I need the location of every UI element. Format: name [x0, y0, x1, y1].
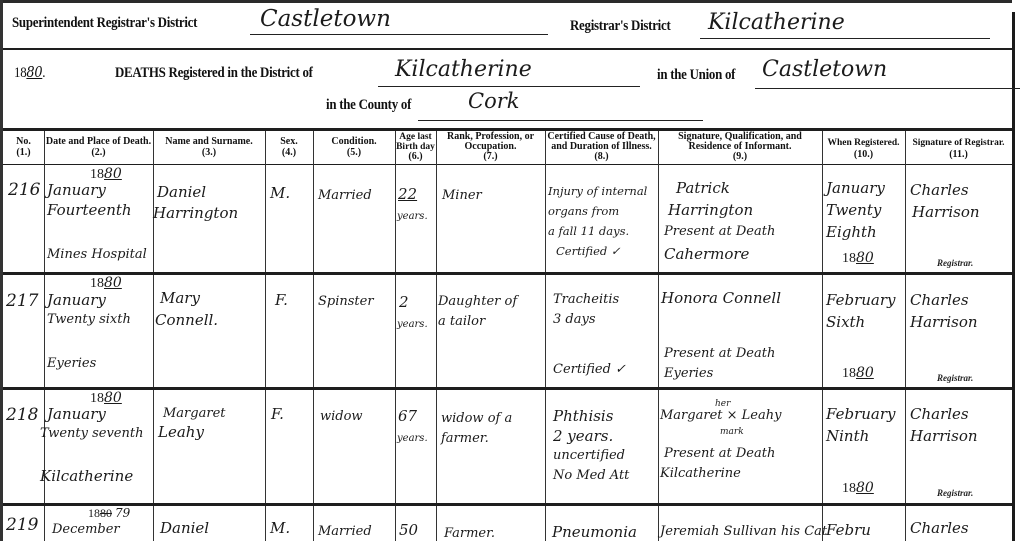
top-rule: [0, 0, 1012, 3]
union-label: in the Union of: [657, 67, 735, 84]
page-right-border: [1012, 12, 1015, 541]
superintendent-underline: [250, 34, 548, 35]
union-underline: [755, 88, 1020, 89]
sex: F.: [275, 290, 288, 311]
informant-name: Jeremiah Sullivan his Cat: [660, 522, 827, 541]
deceased-first-name: Mary: [160, 288, 200, 309]
sex: M.: [270, 183, 290, 204]
registrar-label: Registrar.: [937, 373, 973, 383]
cause-line-3: a fall 11 days.: [548, 222, 629, 241]
registrar-surname: Harrison: [912, 202, 980, 223]
cause-certified: Certified ✓: [553, 360, 626, 379]
col-header-no: No.(1.): [3, 136, 44, 158]
registered-day-2: Eighth: [826, 222, 877, 243]
occupation-line-1: widow of a: [441, 409, 512, 428]
col-header-date-place: Date and Place of Death.(2.): [44, 136, 153, 158]
year-suffix: 80: [26, 63, 42, 81]
entry-number: 216: [8, 180, 40, 201]
col-header-condition: Condition.(5.): [313, 136, 395, 158]
death-year: 1880 79: [88, 506, 130, 521]
deaths-registered-label: DEATHS Registered in the District of: [115, 65, 313, 82]
header-rule-1: [3, 48, 1012, 50]
death-place: Kilcatherine: [40, 466, 133, 487]
informant-qualification: Present at Death: [664, 344, 775, 363]
column-divider: [905, 131, 906, 541]
cause-line-1: Phthisis: [553, 406, 613, 427]
sex: M.: [270, 518, 290, 539]
deceased-surname: Leahy: [158, 422, 204, 443]
entry-number: 218: [6, 405, 38, 426]
col-header-sex: Sex.(4.): [265, 136, 313, 158]
sex: F.: [271, 404, 284, 425]
deceased-first-name: Daniel: [160, 518, 209, 539]
registrar-surname: Harrison: [910, 312, 978, 333]
registrar-district-value: Kilcatherine: [708, 10, 845, 35]
column-divider: [153, 131, 154, 541]
informant-qualification: Present at Death: [664, 222, 775, 241]
col-header-cause: Certified Cause of Death, and Duration o…: [545, 132, 658, 162]
column-divider: [313, 131, 314, 541]
county-value: Cork: [468, 89, 519, 113]
cause-line-2: 2 years.: [553, 426, 613, 447]
registered-year: 1880: [842, 365, 874, 382]
condition: Married: [318, 186, 372, 205]
cause-line-2: organs from: [548, 202, 619, 221]
entry-number: 217: [6, 291, 38, 312]
register-year: 1880.: [14, 63, 45, 82]
union-value: Castletown: [762, 57, 887, 82]
registrar-first-name: Charles: [910, 290, 969, 311]
death-date-day: Fourteenth: [47, 200, 132, 221]
col-header-when-registered: When Registered.(10.): [822, 138, 905, 160]
registered-year: 1880: [842, 250, 874, 267]
registered-day-1: Twenty: [826, 200, 881, 221]
registered-day: Ninth: [826, 426, 869, 447]
deceased-first-name: Daniel: [157, 182, 206, 203]
death-date-day: Twenty seventh: [40, 424, 143, 443]
informant-mark-bottom: mark: [720, 422, 744, 443]
condition: Spinster: [318, 292, 374, 311]
column-divider: [395, 131, 396, 541]
registered-month: February: [826, 290, 896, 311]
informant-residence: Kilcatherine: [660, 464, 741, 483]
entry-number: 219: [6, 515, 38, 536]
cause-line-2: 3 days: [553, 310, 596, 329]
deceased-first-name: Margaret: [163, 404, 225, 423]
registrar-underline: [700, 38, 990, 39]
occupation: Farmer.: [444, 524, 495, 541]
registrar-label: Registrar.: [937, 488, 973, 498]
cause-line-4: No Med Att: [553, 466, 629, 485]
death-date-month: January: [47, 404, 106, 425]
informant-line-2: Harrington: [668, 200, 753, 221]
column-divider: [436, 131, 437, 541]
death-register-page: Superintendent Registrar's District Cast…: [0, 0, 1024, 541]
row-separator: [3, 387, 1012, 390]
occupation: Miner: [442, 186, 482, 205]
informant-residence: Cahermore: [664, 244, 749, 265]
registrar-first-name: Charles: [910, 404, 969, 425]
col-header-registrar-signature: Signature of Registrar.(11.): [905, 138, 1012, 160]
informant-name: Honora Connell: [661, 288, 781, 309]
registered-month: January: [826, 178, 885, 199]
age: 22: [398, 184, 417, 205]
district-underline: [378, 86, 640, 87]
cause-line-1: Tracheitis: [553, 290, 619, 309]
page-left-edge: [0, 0, 3, 541]
registered-month: February: [826, 404, 896, 425]
age-unit: years.: [397, 206, 428, 227]
occupation-line-2: a tailor: [438, 312, 485, 331]
death-place: Mines Hospital: [47, 245, 147, 264]
informant-line-1: Patrick: [676, 178, 730, 199]
registrar-first-name: Charles: [910, 518, 969, 539]
registrar-surname: Harrison: [910, 426, 978, 447]
col-header-name: Name and Surname.(3.): [153, 136, 265, 158]
registrar-district-label: Registrar's District: [570, 18, 671, 35]
column-divider: [265, 131, 266, 541]
deceased-surname: Connell.: [155, 310, 218, 331]
death-date-month: December: [52, 520, 120, 539]
year-prefix: 18: [14, 65, 26, 81]
superintendent-district-value: Castletown: [260, 6, 391, 32]
county-underline: [418, 120, 703, 121]
cause-line-3: uncertified: [553, 446, 625, 465]
occupation-line-2: farmer.: [441, 429, 489, 448]
col-header-rank: Rank, Profession, or Occupation.(7.): [436, 132, 545, 162]
district-value: Kilcatherine: [395, 57, 532, 82]
occupation-line-1: Daughter of: [438, 292, 517, 311]
header-bottom-rule: [3, 164, 1012, 165]
age-unit: years.: [397, 314, 428, 335]
registrar-label: Registrar.: [937, 258, 973, 268]
col-header-age: Age last Birth day(6.): [395, 132, 436, 162]
informant-qualification: Present at Death: [664, 444, 775, 463]
registered-month: Febru: [826, 520, 871, 541]
registrar-first-name: Charles: [910, 180, 969, 201]
registered-day: Sixth: [826, 312, 865, 333]
cause-certified: Certified ✓: [556, 242, 621, 261]
row-separator: [3, 503, 1012, 506]
informant-mark-top: her: [715, 394, 730, 415]
column-divider: [822, 131, 823, 541]
death-date-month: January: [47, 290, 106, 311]
condition: widow: [320, 407, 363, 426]
row-separator: [3, 272, 1012, 275]
superintendent-district-label: Superintendent Registrar's District: [12, 15, 197, 32]
age: 2: [399, 292, 409, 313]
death-date-day: Twenty sixth: [47, 310, 131, 329]
age: 67: [398, 406, 417, 427]
age-unit: years.: [397, 428, 428, 449]
column-divider: [545, 131, 546, 541]
death-place: Eyeries: [47, 354, 96, 373]
cause-line-1: Injury of internal: [548, 182, 647, 201]
age: 50: [399, 520, 418, 541]
death-date-month: January: [47, 180, 106, 201]
column-divider: [658, 131, 659, 541]
col-header-informant: Signature, Qualification, and Residence …: [658, 132, 822, 162]
county-label: in the County of: [326, 97, 411, 114]
informant-residence: Eyeries: [664, 364, 713, 383]
registered-year: 1880: [842, 480, 874, 497]
condition: Married: [318, 522, 372, 541]
cause-line-1: Pneumonia: [552, 522, 637, 541]
deceased-surname: Harrington: [153, 203, 238, 224]
